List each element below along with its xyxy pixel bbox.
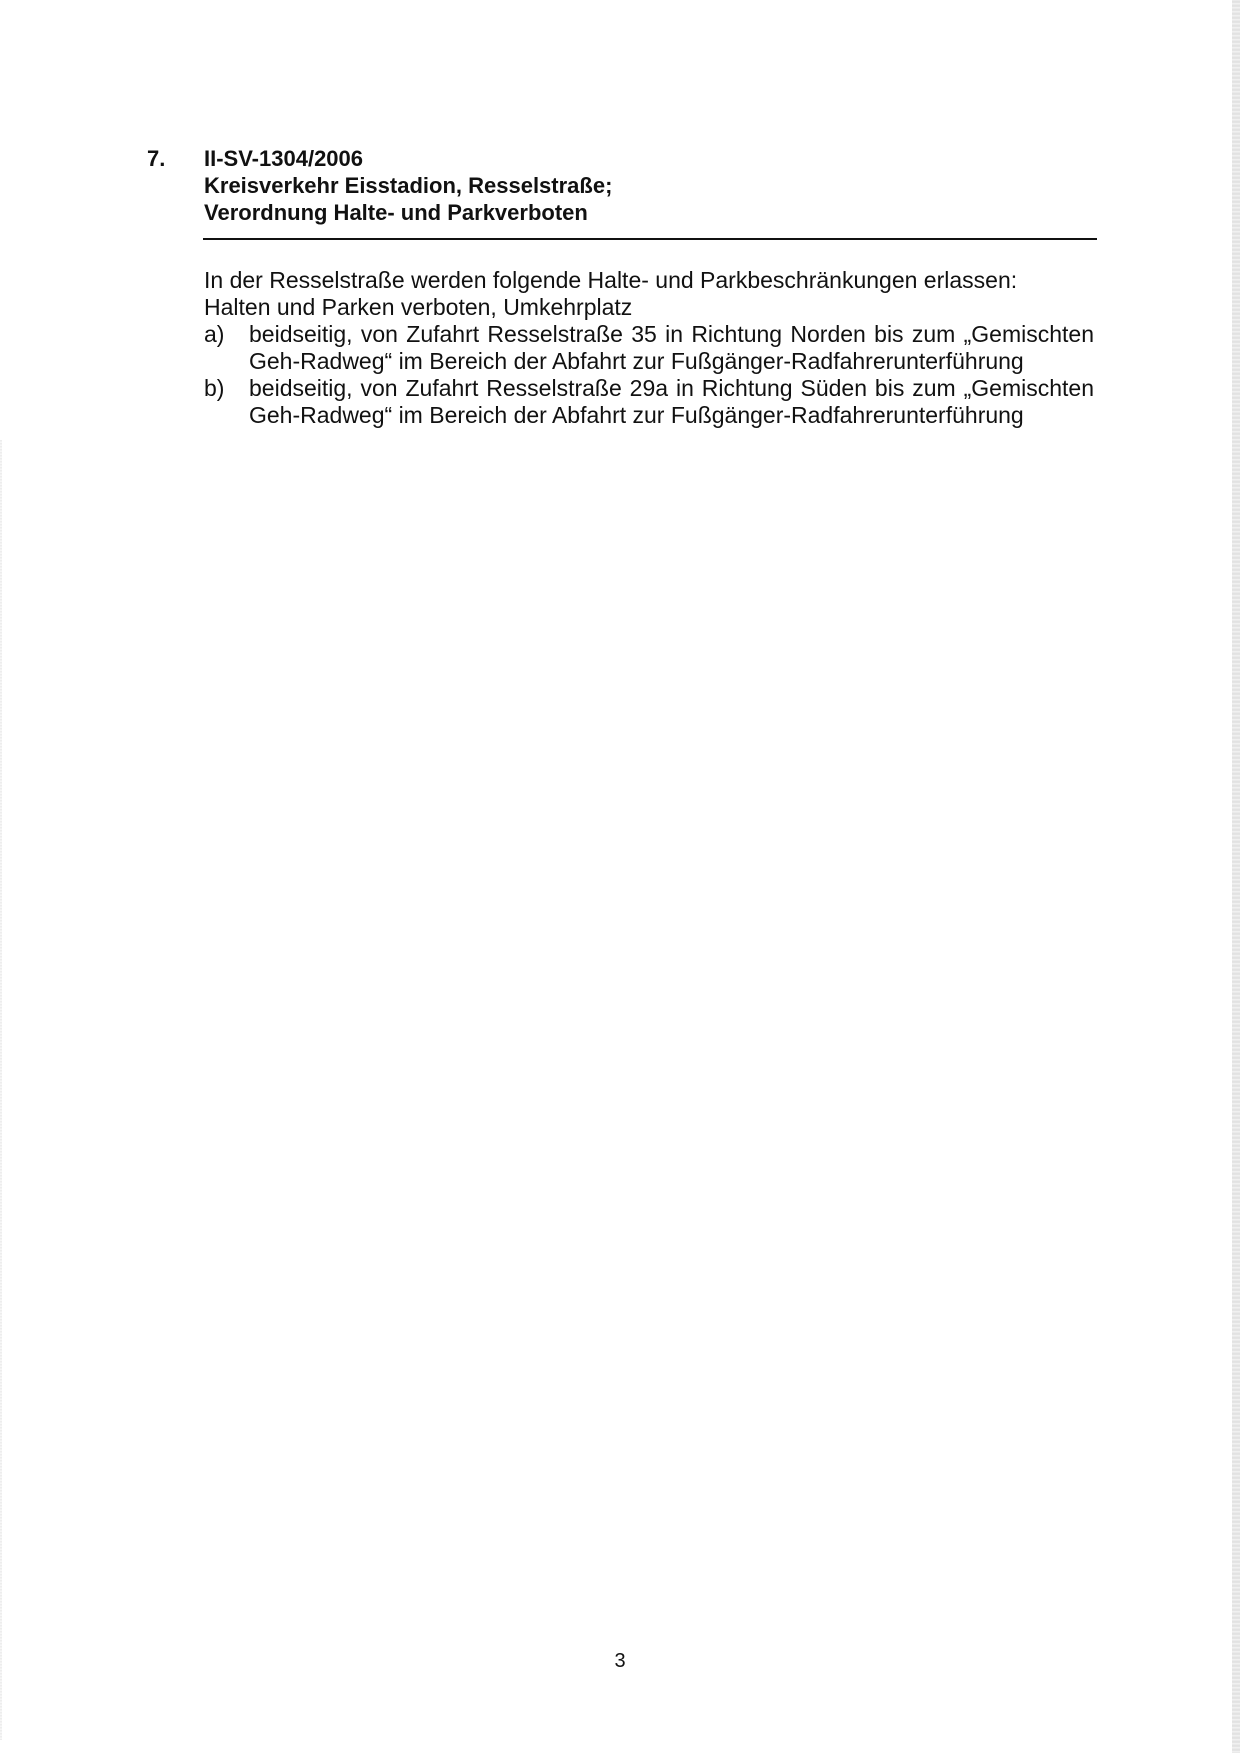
restriction-list: a) beidseitig, von Zufahrt Resselstraße … [204,321,1094,429]
body-text: In der Resselstraße werden folgende Halt… [204,267,1094,429]
list-marker: a) [204,321,224,348]
intro-paragraph: In der Resselstraße werden folgende Halt… [204,267,1094,294]
item-heading: II-SV-1304/2006 Kreisverkehr Eisstadion,… [204,145,1097,226]
scan-edge-artifact [1232,0,1240,1753]
list-marker: b) [204,375,224,402]
item-title-line1: Kreisverkehr Eisstadion, Resselstraße; [204,172,1097,199]
list-item: a) beidseitig, von Zufahrt Resselstraße … [204,321,1094,375]
page-number: 3 [0,1650,1240,1673]
list-item: b) beidseitig, von Zufahrt Resselstraße … [204,375,1094,429]
list-item-text: beidseitig, von Zufahrt Resselstraße 29a… [249,375,1094,428]
list-item-text: beidseitig, von Zufahrt Resselstraße 35 … [249,321,1094,374]
item-number: 7. [147,145,165,172]
item-title-line2: Verordnung Halte- und Parkverboten [204,199,1097,226]
subheading: Halten und Parken verboten, Umkehrplatz [204,294,1094,321]
scan-edge-artifact-left [0,440,2,1740]
item-reference: II-SV-1304/2006 [204,145,1097,172]
heading-rule [203,238,1097,240]
